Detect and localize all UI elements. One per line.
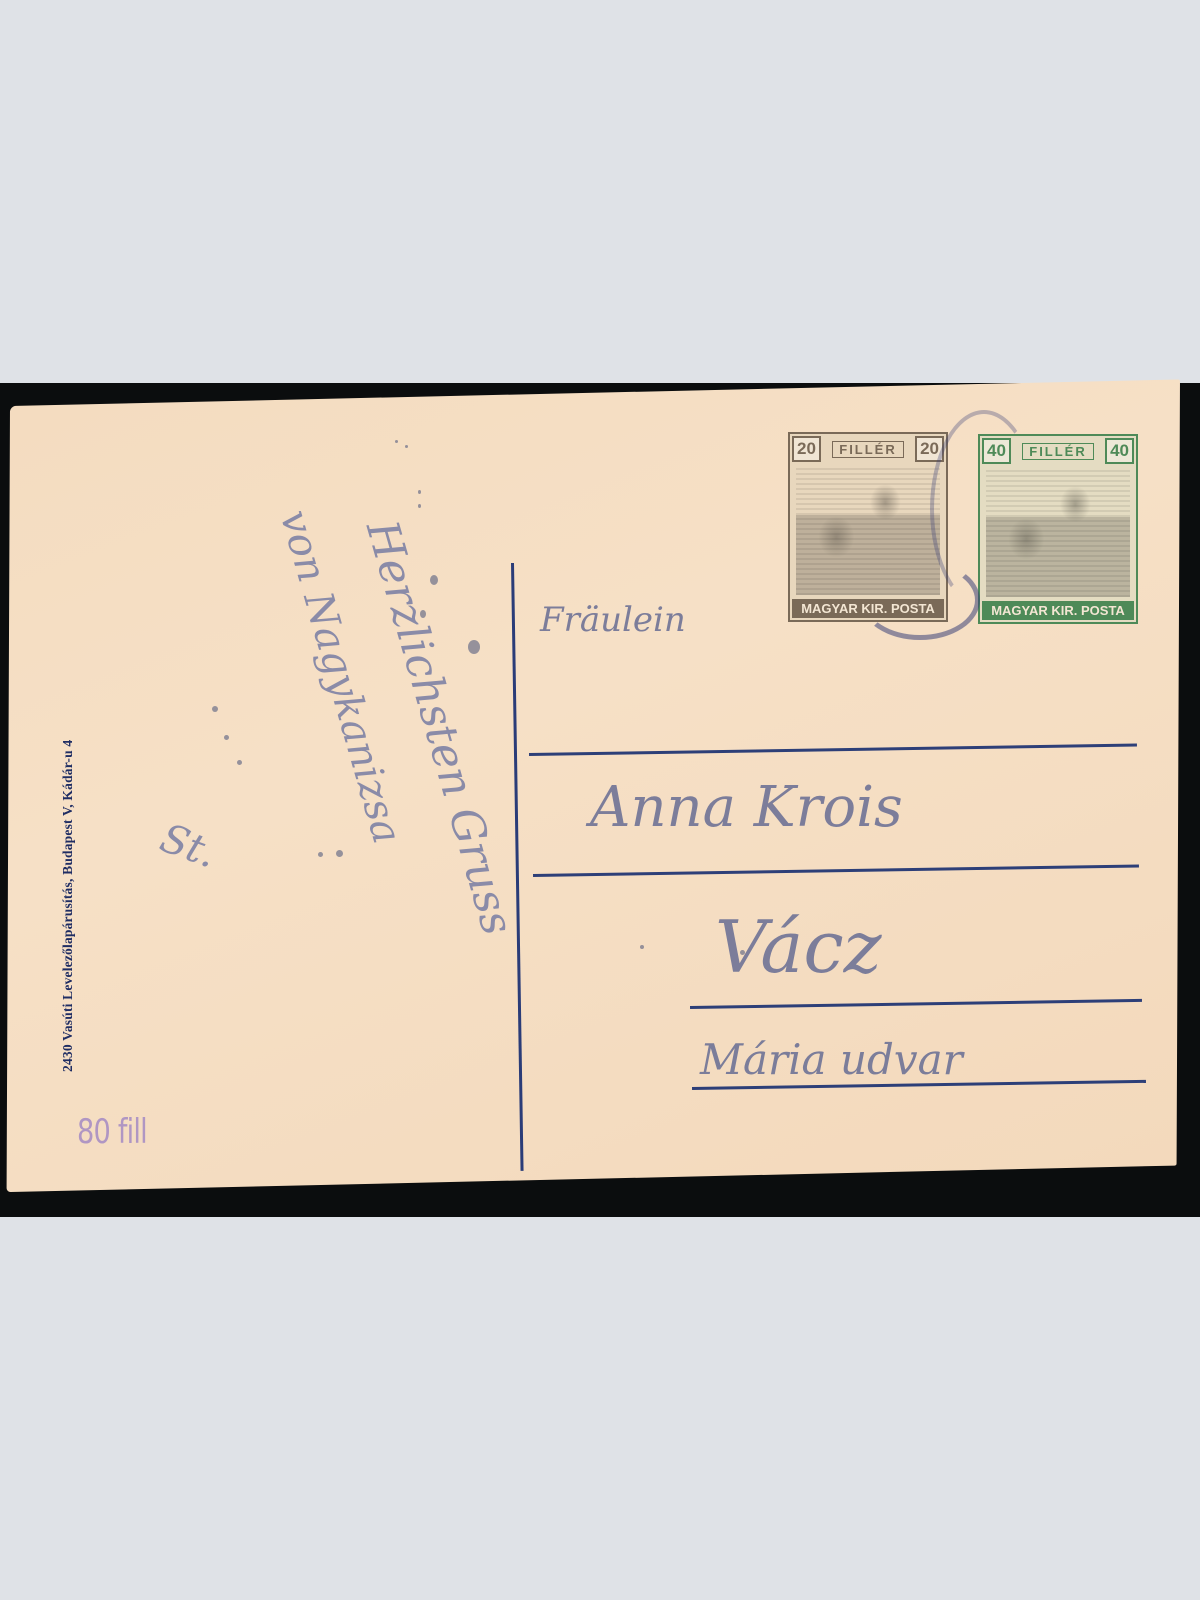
- address-street: Mária udvar: [700, 1035, 963, 1084]
- ink-speck: [395, 440, 398, 443]
- stamp-denomination-word: FILLÉR: [832, 441, 904, 458]
- stamp-caption: MAGYAR KIR. POSTA: [982, 601, 1134, 620]
- ink-speck: [430, 575, 438, 585]
- stamp-value-left: 20: [792, 436, 821, 462]
- stamp-value-right: 40: [1105, 438, 1134, 464]
- price-stamp: 80 fill: [77, 1112, 147, 1152]
- ink-speck: [336, 850, 343, 857]
- stamp-denomination-word: FILLÉR: [1022, 443, 1094, 460]
- ink-speck: [405, 445, 408, 448]
- ink-speck: [640, 945, 644, 949]
- ink-speck: [420, 610, 426, 618]
- ink-speck: [212, 706, 218, 712]
- ink-speck: [318, 852, 323, 857]
- ink-speck: [740, 950, 745, 955]
- ink-speck: [237, 760, 242, 765]
- postmark-ring-icon: [930, 410, 1038, 608]
- ink-speck: [418, 504, 421, 508]
- address-city: Vácz: [715, 905, 882, 989]
- address-recipient-name: Anna Krois: [590, 775, 903, 840]
- publisher-imprint: 2430 Vasúti Levelezőlapárusítás, Budapes…: [60, 740, 76, 1072]
- ink-speck: [468, 640, 480, 654]
- ink-speck: [418, 490, 421, 494]
- ink-speck: [224, 735, 229, 740]
- address-salutation: Fräulein: [540, 600, 686, 640]
